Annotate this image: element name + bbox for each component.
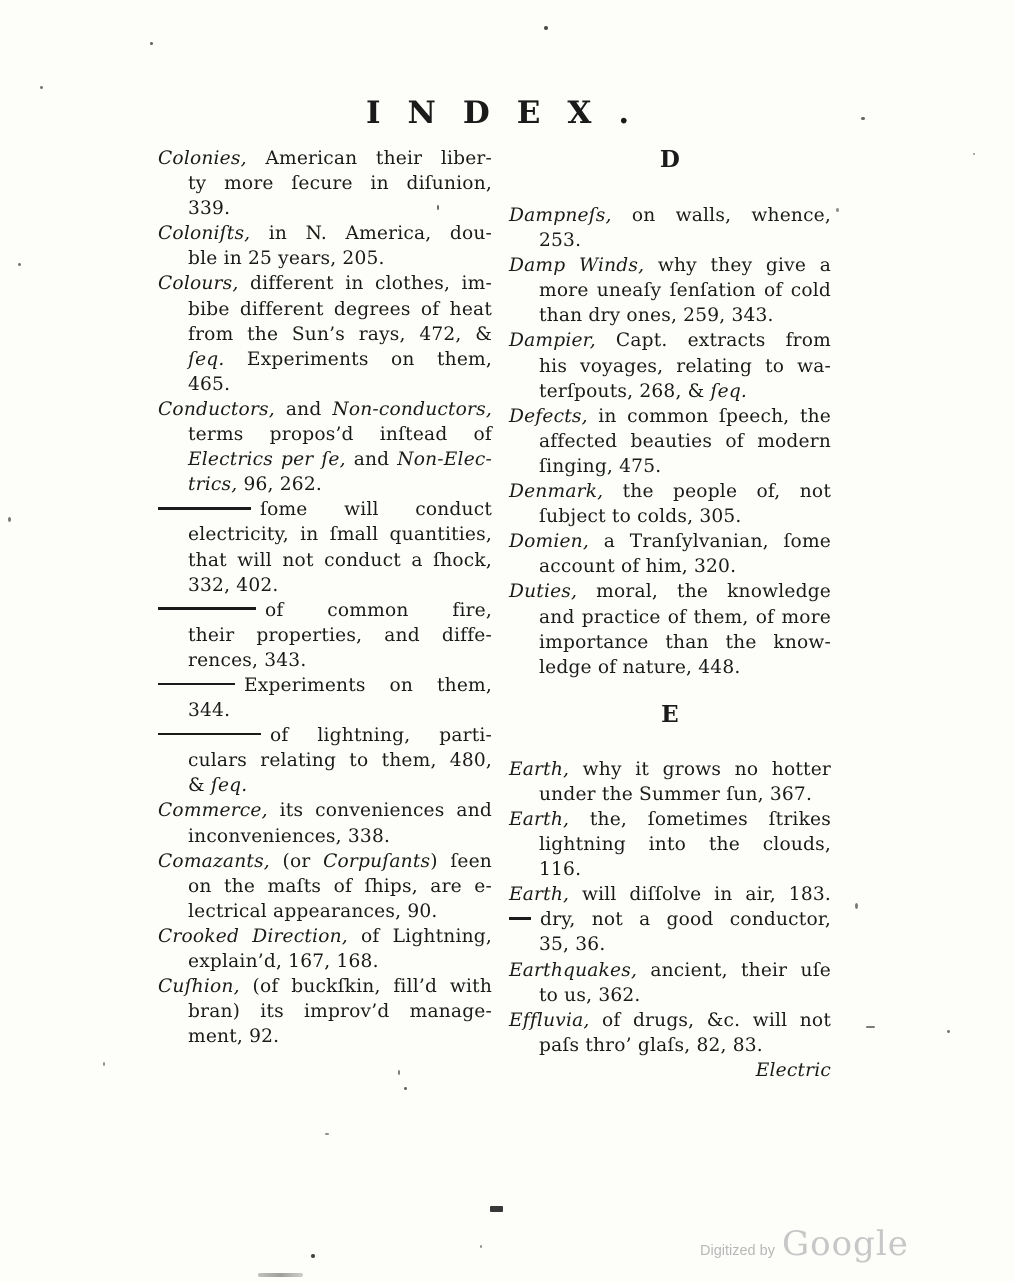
italic-text: Damp Winds,	[509, 255, 644, 276]
roman-text: ment, 92.	[188, 1026, 279, 1047]
index-line: lightning into the clouds,	[509, 832, 831, 857]
section-heading: D	[509, 146, 831, 174]
scan-speck	[150, 42, 153, 45]
roman-text: lightning into the clouds,	[539, 834, 831, 855]
roman-text: its conveniences and	[268, 800, 492, 821]
italic-text: Effluvia,	[509, 1010, 590, 1031]
scan-speck	[855, 903, 858, 909]
index-line: Dampier, Capt. extracts from	[509, 328, 831, 353]
roman-text: different in clothes, im-	[238, 273, 492, 294]
scan-speck	[398, 1070, 400, 1075]
roman-text: on walls, whence,	[612, 205, 831, 226]
index-line: ſubject to colds, 305.	[509, 504, 831, 529]
page-title: INDEX.	[366, 95, 656, 131]
index-line: electricity, in ſmall quantities,	[158, 522, 492, 547]
index-line: to us, 362.	[509, 983, 831, 1008]
italic-text: Earth,	[509, 884, 569, 905]
index-line: that will not conduct a ſhock,	[158, 548, 492, 573]
italic-text: Defects,	[509, 406, 588, 427]
index-line: Duties, moral, the knowledge	[509, 579, 831, 604]
italic-text: ſeq.	[211, 775, 248, 796]
roman-text: why it grows no hotter	[569, 759, 831, 780]
index-line: Damp Winds, why they give a	[509, 253, 831, 278]
italic-text: Commerce,	[158, 800, 268, 821]
index-line: ledge of nature, 448.	[509, 655, 831, 680]
index-line: under the Summer ſun, 367.	[509, 782, 831, 807]
roman-text: the people of, not	[603, 481, 831, 502]
roman-text: ſome will conduct	[260, 499, 492, 520]
italic-text: ſeq.	[188, 349, 225, 370]
roman-text: D	[660, 146, 680, 173]
watermark-text: Digitized by	[700, 1243, 775, 1259]
roman-text: and	[346, 449, 398, 470]
index-line: 339.	[158, 196, 492, 221]
roman-text: of lightning, parti-	[270, 725, 492, 746]
google-watermark: Digitized by Google	[700, 1224, 909, 1264]
index-line: Commerce, its conveniences and	[158, 798, 492, 823]
italic-text: Corpuſants	[323, 851, 430, 872]
roman-text: 96, 262.	[237, 474, 322, 495]
italic-text: ſeq.	[711, 381, 748, 402]
roman-text: in N. America, dou-	[250, 223, 492, 244]
roman-text: his voyages, relating to wa-	[539, 356, 831, 377]
index-line: than dry ones, 259, 343.	[509, 303, 831, 328]
scan-speck	[311, 1254, 315, 1258]
index-line: ſome will conduct	[158, 497, 492, 522]
scan-speck	[40, 86, 43, 89]
roman-text: a Tranſylvanian, ſome	[589, 531, 831, 552]
roman-text: to us, 362.	[539, 985, 641, 1006]
scan-speck	[404, 1087, 407, 1090]
italic-text: Earthquakes,	[509, 960, 637, 981]
italic-text: trics,	[188, 474, 237, 495]
index-line: of common fire,	[158, 598, 492, 623]
index-line: from the Sun’s rays, 472, &	[158, 322, 492, 347]
roman-text: ſubject to colds, 305.	[539, 506, 742, 527]
index-line: their properties, and diffe-	[158, 623, 492, 648]
ditto-dash	[158, 683, 235, 686]
scan-speck	[437, 205, 439, 210]
scan-speck	[866, 1026, 875, 1028]
index-line: ment, 92.	[158, 1024, 492, 1049]
roman-text: Capt. extracts from	[596, 330, 831, 351]
roman-text: of Lightning,	[348, 926, 492, 947]
scan-speck	[258, 1273, 303, 1277]
roman-text: terſpouts, 268, &	[539, 381, 711, 402]
roman-text: bran) its improv’d manage-	[188, 1001, 492, 1022]
index-line: Denmark, the people of, not	[509, 479, 831, 504]
italic-text: Earth,	[509, 759, 569, 780]
roman-text: 344.	[188, 700, 230, 721]
index-line: 344.	[158, 698, 492, 723]
roman-text: affected beauties of modern	[539, 431, 831, 452]
index-line: Defects, in common ſpeech, the	[509, 404, 831, 429]
index-line: trics, 96, 262.	[158, 472, 492, 497]
roman-text: terms propos’d inſtead of	[188, 424, 492, 445]
ditto-dash	[158, 507, 251, 510]
index-line: account of him, 320.	[509, 554, 831, 579]
index-line: 116.	[509, 857, 831, 882]
roman-text: ancient, their uſe	[637, 960, 831, 981]
italic-text: Non-conductors,	[332, 399, 492, 420]
index-line: ty more ſecure in diſunion,	[158, 171, 492, 196]
roman-text: (or	[270, 851, 323, 872]
index-line: rences, 343.	[158, 648, 492, 673]
roman-text: 116.	[539, 859, 581, 880]
scan-speck	[8, 517, 11, 522]
index-line: Electric	[509, 1058, 831, 1083]
roman-text: &	[188, 775, 211, 796]
roman-text: paſs thro’ glaſs, 82, 83.	[539, 1035, 763, 1056]
italic-text: Denmark,	[509, 481, 603, 502]
index-line: 332, 402.	[158, 573, 492, 598]
italic-text: Duties,	[509, 581, 577, 602]
italic-text: Crooked Direction,	[158, 926, 348, 947]
index-column-right: DDampneſs, on walls, whence,253.Damp Win…	[509, 146, 831, 1083]
index-line: bibe different degrees of heat	[158, 297, 492, 322]
italic-text: Colours,	[158, 273, 238, 294]
italic-text: Conductors,	[158, 399, 275, 420]
index-line: dry, not a good conductor,	[509, 907, 831, 932]
roman-text: ſinging, 475.	[539, 456, 661, 477]
roman-text: why they give a	[644, 255, 831, 276]
scan-speck	[18, 263, 21, 266]
index-line: Colours, different in clothes, im-	[158, 271, 492, 296]
index-line: Earthquakes, ancient, their uſe	[509, 958, 831, 983]
roman-text: rences, 343.	[188, 650, 306, 671]
roman-text: in common ſpeech, the	[588, 406, 831, 427]
index-line: Coloniſts, in N. America, dou-	[158, 221, 492, 246]
ditto-dash	[509, 917, 531, 920]
roman-text: more uneaſy ſenſation of cold	[539, 280, 831, 301]
roman-text: explain’d, 167, 168.	[188, 951, 379, 972]
index-line: paſs thro’ glaſs, 82, 83.	[509, 1033, 831, 1058]
scan-speck	[325, 1133, 329, 1135]
roman-text: 253.	[539, 230, 581, 251]
roman-text: (of buckſkin, fill’d with	[240, 976, 492, 997]
index-line: ble in 25 years, 205.	[158, 246, 492, 271]
roman-text: culars relating to them, 480,	[188, 750, 492, 771]
index-line: of lightning, parti-	[158, 723, 492, 748]
italic-text: Cuſhion,	[158, 976, 240, 997]
roman-text: under the Summer ſun, 367.	[539, 784, 812, 805]
index-line: on the maſts of ſhips, are e-	[158, 874, 492, 899]
roman-text: bibe different degrees of heat	[188, 299, 492, 320]
index-line: & ſeq.	[158, 773, 492, 798]
italic-text: Electrics per ſe,	[188, 449, 346, 470]
roman-text: American their liber-	[247, 148, 492, 169]
index-line: bran) its improv’d manage-	[158, 999, 492, 1024]
index-line: Effluvia, of drugs, &c. will not	[509, 1008, 831, 1033]
index-line: Dampneſs, on walls, whence,	[509, 203, 831, 228]
index-line: inconveniences, 338.	[158, 824, 492, 849]
scan-speck	[103, 1062, 105, 1066]
index-line: 465.	[158, 372, 492, 397]
scan-speck	[480, 1245, 482, 1248]
index-line: explain’d, 167, 168.	[158, 949, 492, 974]
roman-text: than dry ones, 259, 343.	[539, 305, 774, 326]
roman-text: 35, 36.	[539, 934, 605, 955]
index-line: culars relating to them, 480,	[158, 748, 492, 773]
google-logo: Google	[782, 1224, 909, 1264]
index-line: more uneaſy ſenſation of cold	[509, 278, 831, 303]
index-line: Conductors, and Non-conductors,	[158, 397, 492, 422]
scan-speck	[947, 1030, 950, 1033]
index-line: Electrics per ſe, and Non-Elec-	[158, 447, 492, 472]
section-heading: E	[509, 701, 831, 729]
roman-text: E	[661, 701, 679, 728]
italic-text: Electric	[756, 1060, 831, 1081]
roman-text: will diſſolve in air, 183.	[569, 884, 831, 905]
ditto-dash	[158, 733, 261, 736]
roman-text: and practice of them, of more	[539, 607, 831, 628]
roman-text: Experiments on them,	[225, 349, 493, 370]
ditto-dash	[158, 607, 256, 610]
index-line: Crooked Direction, of Lightning,	[158, 924, 492, 949]
roman-text: 332, 402.	[188, 575, 279, 596]
roman-text: ty more ſecure in diſunion,	[188, 173, 492, 194]
index-line: lectrical appearances, 90.	[158, 899, 492, 924]
index-line: affected beauties of modern	[509, 429, 831, 454]
roman-text: ) ſeen	[430, 851, 492, 872]
scan-speck	[836, 208, 839, 212]
roman-text: lectrical appearances, 90.	[188, 901, 438, 922]
index-line: terſpouts, 268, & ſeq.	[509, 379, 831, 404]
scan-speck	[490, 1206, 503, 1212]
scanned-book-page: INDEX. Colonies, American their liber-ty…	[0, 0, 1014, 1282]
roman-text: from the Sun’s rays, 472, &	[188, 324, 492, 345]
roman-text: electricity, in ſmall quantities,	[188, 524, 492, 545]
italic-text: Dampneſs,	[509, 205, 612, 226]
index-line: importance than the know-	[509, 630, 831, 655]
roman-text: their properties, and diffe-	[188, 625, 492, 646]
italic-text: Earth,	[509, 809, 569, 830]
index-line: ſeq. Experiments on them,	[158, 347, 492, 372]
index-line: his voyages, relating to wa-	[509, 354, 831, 379]
roman-text: moral, the knowledge	[577, 581, 831, 602]
italic-text: Non-Elec-	[397, 449, 492, 470]
roman-text: 339.	[188, 198, 230, 219]
index-line: Cuſhion, (of buckſkin, fill’d with	[158, 974, 492, 999]
roman-text: the, ſometimes ſtrikes	[569, 809, 831, 830]
italic-text: Dampier,	[509, 330, 596, 351]
italic-text: Comazants,	[158, 851, 270, 872]
index-line: and practice of them, of more	[509, 605, 831, 630]
roman-text: ble in 25 years, 205.	[188, 248, 385, 269]
italic-text: Domien,	[509, 531, 589, 552]
roman-text: of common fire,	[265, 600, 492, 621]
roman-text: of drugs, &c. will not	[590, 1010, 831, 1031]
index-line: 35, 36.	[509, 932, 831, 957]
index-line: Experiments on them,	[158, 673, 492, 698]
italic-text: Colonies,	[158, 148, 247, 169]
roman-text: importance than the know-	[539, 632, 831, 653]
index-line: Comazants, (or Corpuſants) ſeen	[158, 849, 492, 874]
index-line: Earth, why it grows no hotter	[509, 757, 831, 782]
index-line: 253.	[509, 228, 831, 253]
index-line: Colonies, American their liber-	[158, 146, 492, 171]
roman-text: dry, not a good conductor,	[540, 909, 831, 930]
roman-text: account of him, 320.	[539, 556, 736, 577]
index-line: ſinging, 475.	[509, 454, 831, 479]
roman-text: Experiments on them,	[244, 675, 492, 696]
roman-text: on the maſts of ſhips, are e-	[188, 876, 492, 897]
index-line: Earth, the, ſometimes ſtrikes	[509, 807, 831, 832]
roman-text: inconveniences, 338.	[188, 826, 390, 847]
index-column-left: Colonies, American their liber-ty more ſ…	[158, 146, 492, 1049]
index-line: terms propos’d inſtead of	[158, 422, 492, 447]
scan-speck	[544, 26, 548, 30]
italic-text: Coloniſts,	[158, 223, 250, 244]
roman-text: ledge of nature, 448.	[539, 657, 740, 678]
index-line: Earth, will diſſolve in air, 183.	[509, 882, 831, 907]
scan-speck	[861, 117, 865, 120]
roman-text: that will not conduct a ſhock,	[188, 550, 492, 571]
scan-speck	[973, 153, 975, 155]
index-line: Domien, a Tranſylvanian, ſome	[509, 529, 831, 554]
roman-text: 465.	[188, 374, 230, 395]
roman-text: and	[275, 399, 332, 420]
